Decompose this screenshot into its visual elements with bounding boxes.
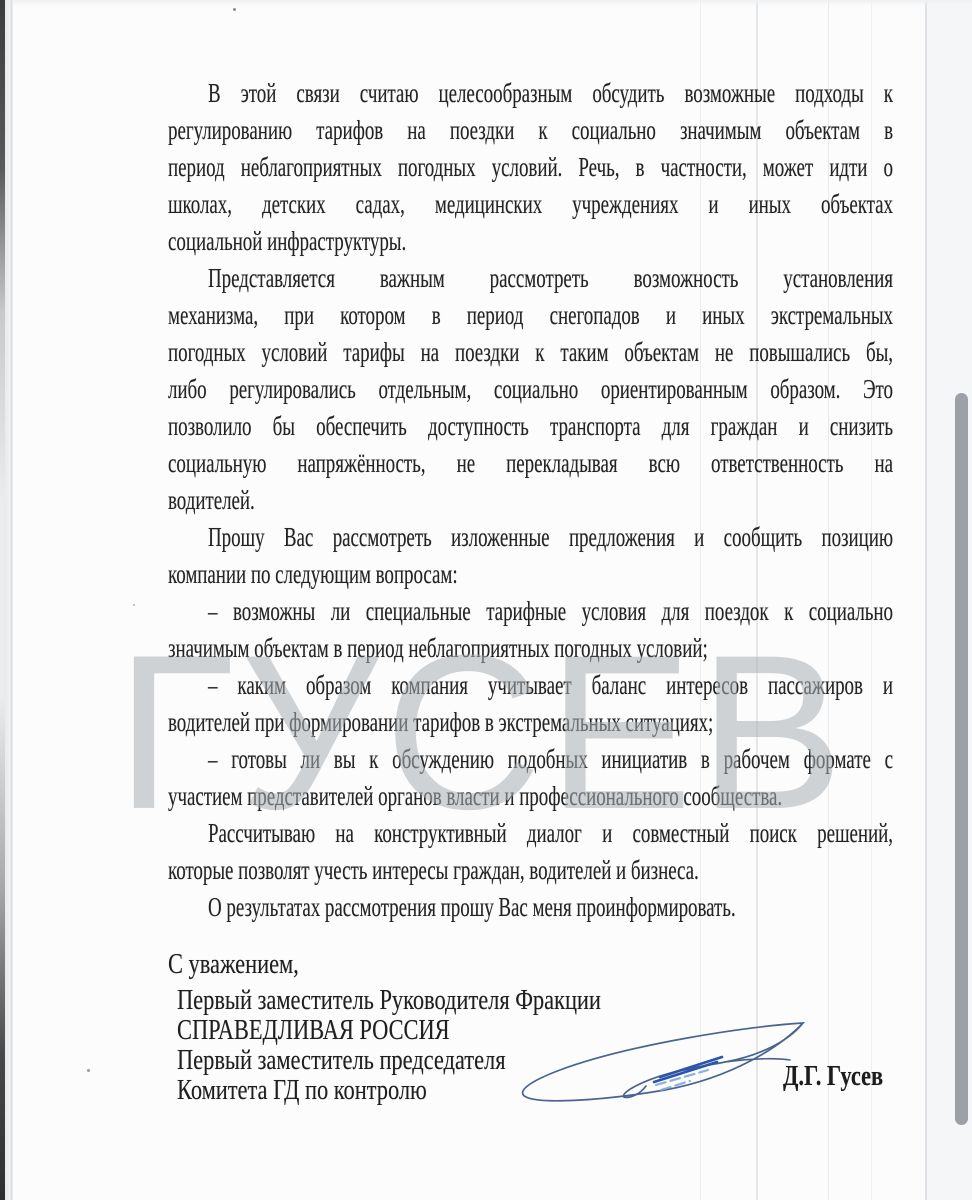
- line-text: О результатах рассмотрения прошу Вас мен…: [208, 889, 736, 926]
- letter-line: позволило бы обеспечить доступность тран…: [168, 408, 893, 445]
- line-text: погодных условий тарифы на поездки к так…: [168, 334, 893, 371]
- salutation-text: С уважением,: [168, 950, 299, 980]
- paragraph: В этой связи считаю целесообразным обсуд…: [168, 75, 893, 260]
- signer-name: Д.Г. Гусев: [783, 1062, 908, 1092]
- line-text: Прошу Вас рассмотреть изложенные предлож…: [208, 519, 893, 556]
- scan-edge-light: [5, 0, 13, 1200]
- letter-line: социальной инфраструктуры.: [168, 223, 893, 260]
- scan-edge-top: [0, 0, 972, 6]
- letter-line: Прошу Вас рассмотреть изложенные предлож…: [168, 519, 893, 556]
- letter-line: компании по следующим вопросам:: [168, 556, 893, 593]
- line-text: которые позволят учесть интересы граждан…: [168, 852, 699, 889]
- scan-speck: [133, 604, 135, 606]
- paragraph-bullet: – каким образом компания учитывает балан…: [168, 667, 893, 741]
- title-text: СПРАВЕДЛИВАЯ РОССИЯ: [177, 1016, 450, 1046]
- title-text: Первый заместитель председателя: [177, 1046, 506, 1076]
- title-text: Комитета ГД по контролю: [177, 1076, 427, 1106]
- scan-line: [925, 0, 927, 1200]
- letter-line: школах, детских садах, медицинских учреж…: [168, 186, 893, 223]
- scan-speck: [233, 8, 236, 11]
- paragraph-bullet: – возможны ли специальные тарифные услов…: [168, 593, 893, 667]
- line-text: регулированию тарифов на поездки к социа…: [168, 112, 893, 149]
- paragraph: Рассчитываю на конструктивный диалог и с…: [168, 815, 893, 889]
- letter-line: Рассчитываю на конструктивный диалог и с…: [168, 815, 893, 852]
- line-text: механизма, при котором в период снегопад…: [168, 297, 893, 334]
- letter-line: Представляется важным рассмотреть возмож…: [168, 260, 893, 297]
- line-text: – готовы ли вы к обсуждению подобных ини…: [208, 741, 893, 778]
- letter-line: период неблагоприятных погодных условий.…: [168, 149, 893, 186]
- line-text: участием представителей органов власти и…: [168, 778, 782, 815]
- letter-line: механизма, при котором в период снегопад…: [168, 297, 893, 334]
- letter-line: водителей.: [168, 482, 893, 519]
- letter-line: погодных условий тарифы на поездки к так…: [168, 334, 893, 371]
- salutation: С уважением,: [168, 950, 707, 980]
- line-text: школах, детских садах, медицинских учреж…: [168, 186, 893, 223]
- scrollbar-thumb[interactable]: [955, 393, 968, 1125]
- letter-line: В этой связи считаю целесообразным обсуд…: [168, 75, 893, 112]
- letter-line: которые позволят учесть интересы граждан…: [168, 852, 893, 889]
- letter-line: участием представителей органов власти и…: [168, 778, 893, 815]
- letter-line: социальную напряжённость, не перекладыва…: [168, 445, 893, 482]
- paragraph: Представляется важным рассмотреть возмож…: [168, 260, 893, 519]
- letter-line: значимым объектам в период неблагоприятн…: [168, 630, 893, 667]
- handwritten-signature: [510, 1000, 850, 1120]
- line-text: Рассчитываю на конструктивный диалог и с…: [208, 815, 893, 852]
- letter-line: либо регулировались отдельным, социально…: [168, 371, 893, 408]
- line-text: социальную напряжённость, не перекладыва…: [168, 445, 893, 482]
- line-text: водителей.: [168, 482, 255, 519]
- scan-speck: [87, 1069, 90, 1072]
- letter-body: В этой связи считаю целесообразным обсуд…: [168, 75, 893, 926]
- line-text: либо регулировались отдельным, социально…: [168, 371, 893, 408]
- line-text: Представляется важным рассмотреть возмож…: [208, 260, 893, 297]
- line-text: позволило бы обеспечить доступность тран…: [168, 408, 893, 445]
- letter-line: регулированию тарифов на поездки к социа…: [168, 112, 893, 149]
- line-text: социальной инфраструктуры.: [168, 223, 406, 260]
- paragraph: О результатах рассмотрения прошу Вас мен…: [168, 889, 893, 926]
- line-text: – возможны ли специальные тарифные услов…: [208, 593, 893, 630]
- letter-line: – каким образом компания учитывает балан…: [168, 667, 893, 704]
- letter-line: водителей при формировании тарифов в экс…: [168, 704, 893, 741]
- signer-name-text: Д.Г. Гусев: [783, 1062, 883, 1092]
- letter-line: – возможны ли специальные тарифные услов…: [168, 593, 893, 630]
- letter-line: О результатах рассмотрения прошу Вас мен…: [168, 889, 893, 926]
- line-text: В этой связи считаю целесообразным обсуд…: [208, 75, 893, 112]
- letter-line: – готовы ли вы к обсуждению подобных ини…: [168, 741, 893, 778]
- line-text: значимым объектам в период неблагоприятн…: [168, 630, 708, 667]
- paragraph: Прошу Вас рассмотреть изложенные предлож…: [168, 519, 893, 593]
- paragraph-bullet: – готовы ли вы к обсуждению подобных ини…: [168, 741, 893, 815]
- line-text: водителей при формировании тарифов в экс…: [168, 704, 713, 741]
- line-text: период неблагоприятных погодных условий.…: [168, 149, 893, 186]
- line-text: компании по следующим вопросам:: [168, 556, 458, 593]
- line-text: – каким образом компания учитывает балан…: [208, 667, 893, 704]
